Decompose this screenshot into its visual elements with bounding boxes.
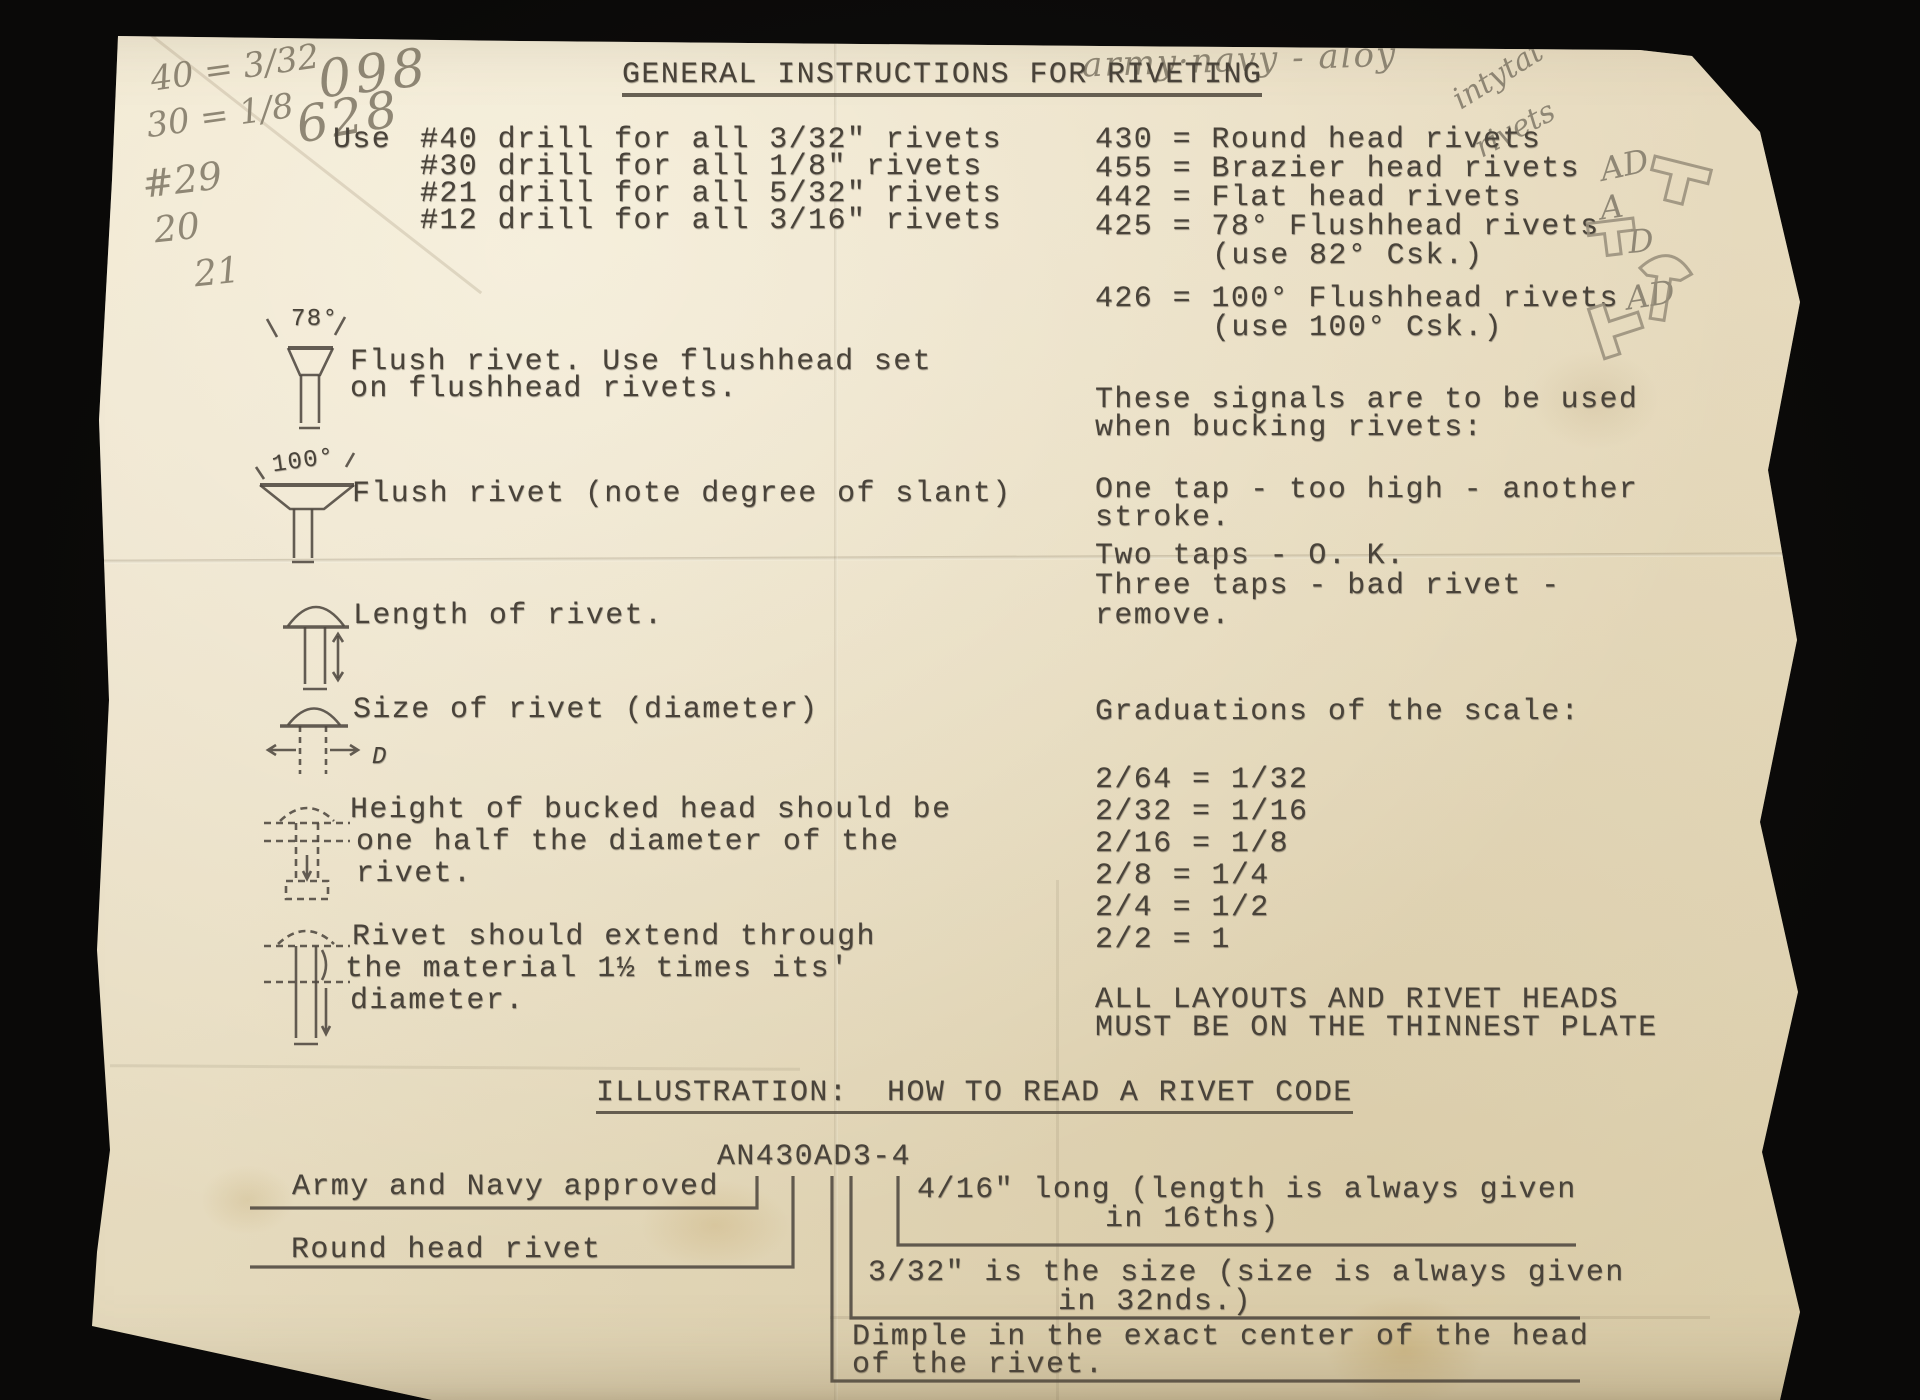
scanned-document-canvas: 40 = 3/32 30 = 1/8 #29 20 21 098 628 arm…: [0, 0, 1920, 1400]
label-army-navy: Army and Navy approved: [292, 1174, 719, 1201]
label-size: in 32nds.): [1058, 1289, 1252, 1316]
label-length: in 16ths): [1105, 1206, 1280, 1233]
label-dimple: Dimple in the exact center of the head: [852, 1324, 1589, 1351]
paper-sheet: 40 = 3/32 30 = 1/8 #29 20 21 098 628 arm…: [0, 0, 1920, 1400]
label-length: 4/16" long (length is always given: [917, 1177, 1577, 1204]
label-size: 3/32" is the size (size is always given: [868, 1260, 1625, 1287]
label-dimple: of the rivet.: [852, 1352, 1104, 1379]
label-round-head: Round head rivet: [291, 1237, 601, 1264]
